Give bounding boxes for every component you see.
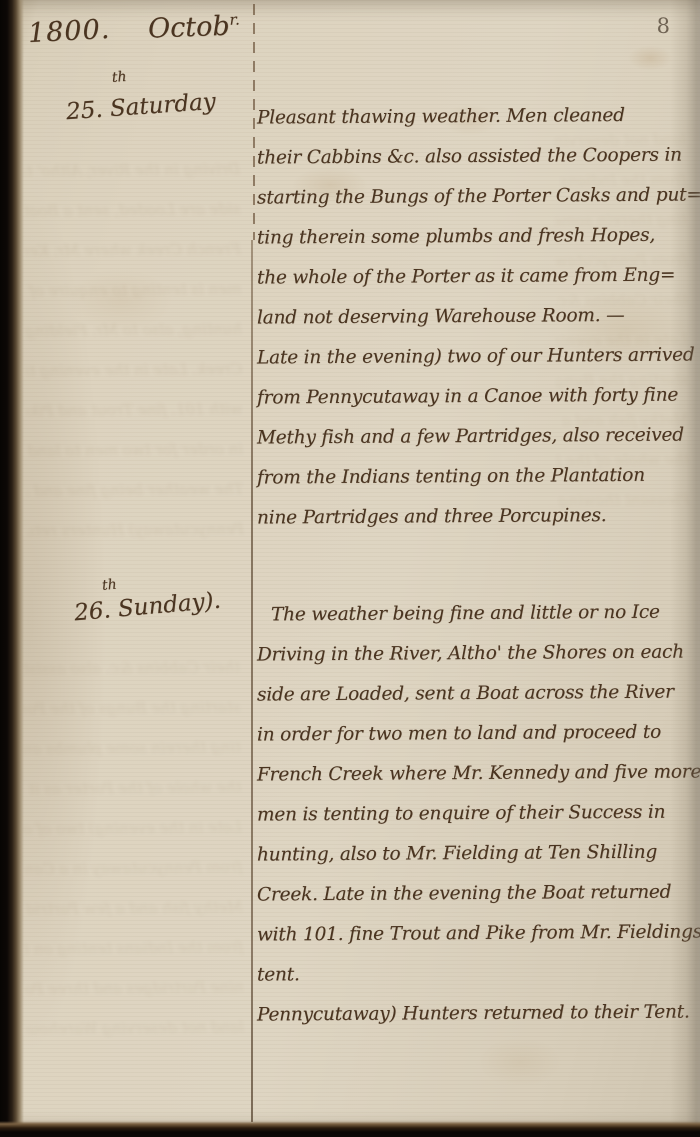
manuscript-line: side are Loaded, sent a Boat across the … — [257, 672, 693, 715]
manuscript-line: French Creek where Mr. Kennedy and five … — [257, 752, 693, 795]
manuscript-line: with 101. fine Trout and Pike from Mr. F… — [257, 912, 693, 955]
book-binding-edge — [0, 0, 24, 1137]
manuscript-scan: Driving in the River, Altho' the Shores … — [0, 0, 700, 1137]
manuscript-line: Pennycutaway) Hunters returned to their … — [257, 992, 693, 1035]
margin-rule-line — [251, 240, 253, 1122]
entry-date-25-saturday: th 25. Saturday — [65, 89, 216, 125]
manuscript-line: from the Indians tenting on the Plantati… — [257, 455, 693, 498]
day-ordinal-suffix: th — [101, 577, 117, 594]
manuscript-line: ting therein some plumbs and fresh Hopes… — [257, 215, 693, 258]
page-number: 8 — [657, 14, 670, 38]
manuscript-line: men is tenting to enquire of their Succe… — [257, 792, 693, 835]
month-label: Octobr. — [147, 10, 240, 44]
manuscript-line: hunting, also to Mr. Fielding at Ten Shi… — [257, 832, 693, 875]
bleedthrough-ghost-text: Driving in the River, Altho' the Shores … — [24, 149, 244, 571]
bleedthrough-ghost-text: their Cabbins &c. also assisted the Coop… — [22, 647, 244, 1049]
manuscript-line: the whole of the Porter as it came from … — [257, 255, 693, 298]
weekday: Saturday — [109, 89, 217, 122]
day-number: 25. — [65, 97, 103, 125]
manuscript-line: land not deserving Warehouse Room. — — [257, 295, 693, 338]
weekday: Sunday). — [117, 588, 222, 623]
year-label: 1800. — [27, 14, 111, 49]
entry-text-26-sunday: The weather being fine and little or no … — [257, 594, 693, 1034]
manuscript-line: Creek. Late in the evening the Boat retu… — [257, 872, 693, 915]
manuscript-line: Methy fish and a few Partridges, also re… — [257, 415, 693, 458]
month-suffix: r. — [229, 10, 240, 28]
manuscript-line: starting the Bungs of the Porter Casks a… — [257, 175, 693, 218]
manuscript-line: their Cabbins &c. also assisted the Coop… — [257, 135, 693, 178]
entry-text-25-saturday: Pleasant thawing weather. Men cleaned th… — [257, 97, 693, 537]
manuscript-line: The weather being fine and little or no … — [257, 592, 693, 635]
manuscript-line: nine Partridges and three Porcupines. — [257, 495, 693, 538]
month-text: Octob — [147, 11, 230, 45]
journal-page: Driving in the River, Altho' the Shores … — [0, 0, 700, 1125]
day-number: 26. — [73, 597, 112, 626]
manuscript-line: Late in the evening) two of our Hunters … — [257, 335, 693, 378]
page-right-edge-shadow — [670, 0, 700, 1125]
page-bottom-edge — [0, 1121, 700, 1137]
manuscript-line: in order for two men to land and proceed… — [257, 712, 693, 755]
manuscript-line: Driving in the River, Altho' the Shores … — [257, 632, 693, 675]
manuscript-line: from Pennycutaway in a Canoe with forty … — [257, 375, 693, 418]
day-ordinal-suffix: th — [111, 69, 127, 86]
manuscript-line: Pleasant thawing weather. Men cleaned — [257, 95, 693, 138]
margin-rule-line-dashed — [253, 4, 255, 240]
entry-date-26-sunday: th 26. Sunday). — [73, 588, 222, 627]
manuscript-line: tent. — [257, 952, 693, 995]
